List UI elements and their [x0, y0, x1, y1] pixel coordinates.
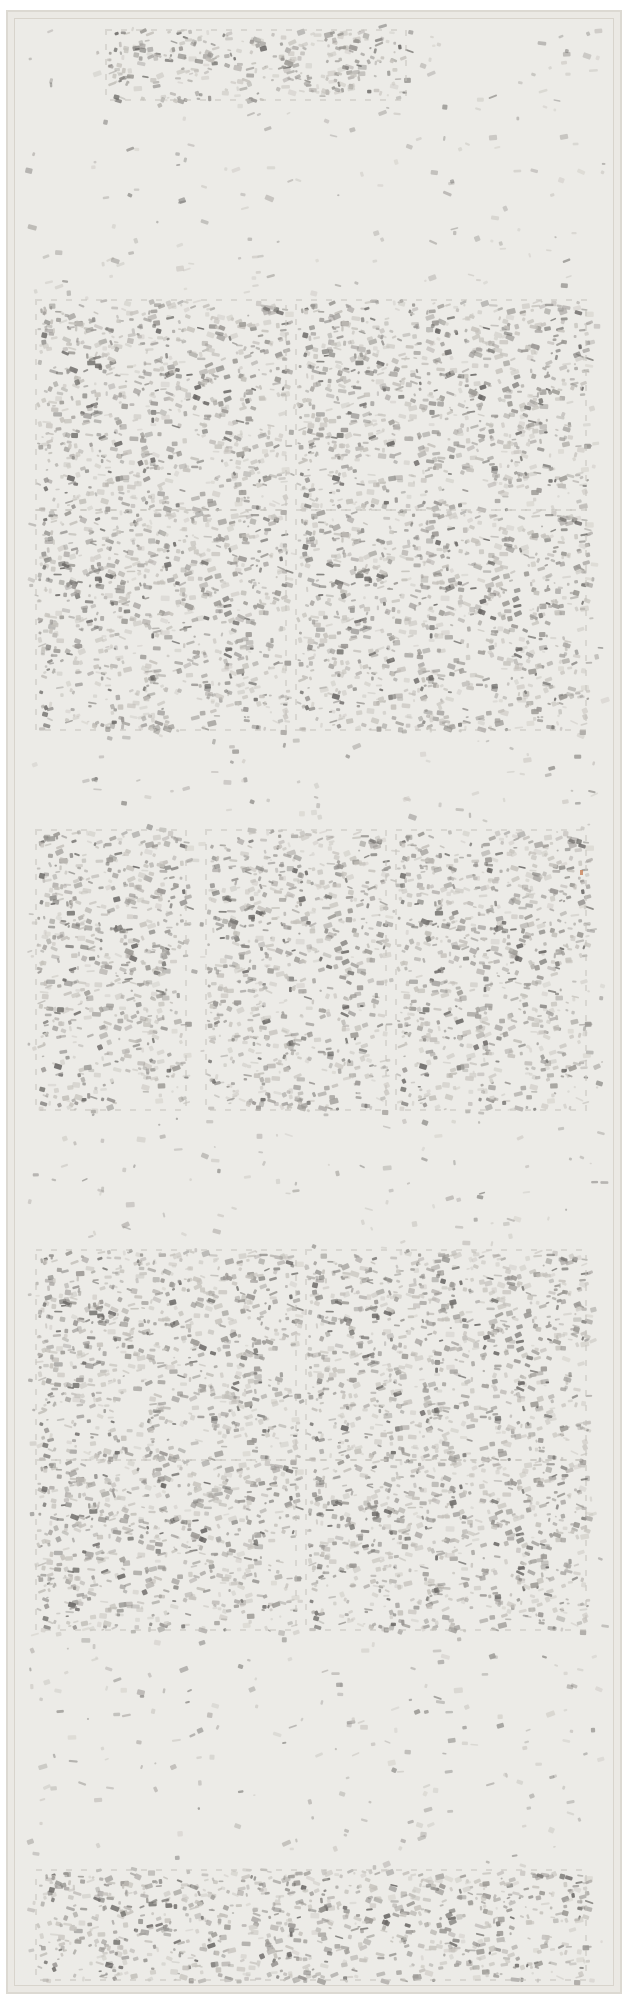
rug-runner [6, 10, 622, 1994]
distressed-pattern [6, 10, 622, 1994]
